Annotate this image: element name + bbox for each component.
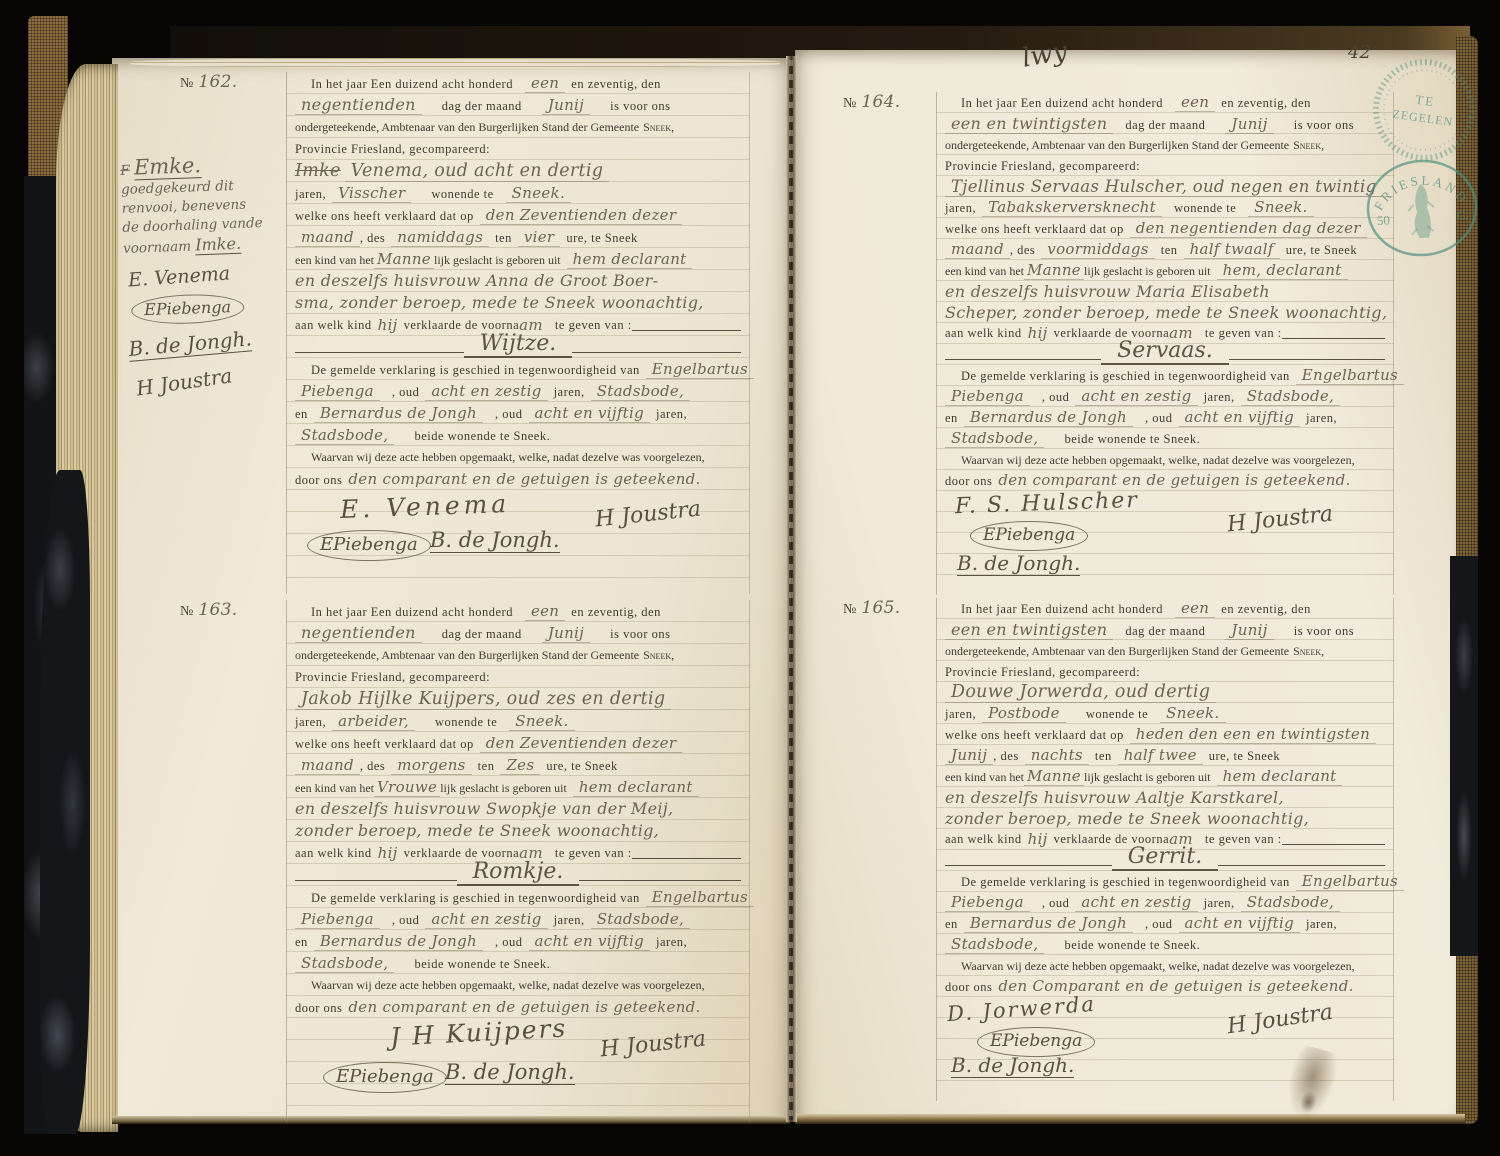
form-line-year: In het jaar Een duizend acht honderdeene… bbox=[295, 600, 741, 622]
printed-text: een kind van het bbox=[295, 253, 374, 267]
field-occupation: Tabakskerversknecht bbox=[982, 198, 1162, 217]
printed-text: en bbox=[295, 935, 308, 949]
signature-witness2: B. de Jongh. bbox=[957, 551, 1080, 576]
form-line-declarant: Tjellinus Servaas Hulscher, oud negen en… bbox=[945, 176, 1385, 197]
printed-text: De gemelde verklaring is geschied in teg… bbox=[311, 363, 640, 377]
printed-text: ten bbox=[1095, 749, 1112, 763]
birth-record-164: In het jaar Een duizend acht honderdeene… bbox=[936, 92, 1394, 595]
record-number-value: 164. bbox=[861, 92, 900, 112]
form-line-official: ondergeteekende, Ambtenaar van den Burge… bbox=[295, 644, 741, 666]
field-month: Junij bbox=[1225, 621, 1273, 640]
printed-text: is voor ons bbox=[610, 627, 670, 641]
printed-text: is voor ons bbox=[1294, 624, 1354, 638]
printed-text: ondergeteekende, Ambtenaar van den Burge… bbox=[295, 120, 639, 134]
signature-declarant: E. Venema bbox=[340, 489, 511, 524]
field-month-word: maand bbox=[295, 228, 360, 247]
field-occupation: arbeider, bbox=[332, 712, 415, 731]
signature-witness2: B. de Jongh. bbox=[951, 1053, 1074, 1078]
field-witness2-name: Bernardus de Jongh bbox=[314, 932, 483, 951]
margin-text-line: voornaam Imke. bbox=[123, 232, 288, 259]
record-number-163: № 163. bbox=[180, 600, 237, 620]
form-line-year: In het jaar Een duizend acht honderdeene… bbox=[945, 598, 1385, 619]
printed-text: een kind van het bbox=[945, 264, 1024, 278]
printed-text: lijk geslacht is geboren uit bbox=[440, 781, 567, 795]
printed-text: jaren, bbox=[295, 187, 326, 201]
form-line-declaration: welke ons heeft verklaard dat opden nege… bbox=[945, 218, 1385, 239]
form-line-province: Provincie Friesland, gecompareerd: bbox=[295, 666, 741, 688]
field-witness2-age: acht en vijftig bbox=[529, 404, 651, 423]
field-pronoun: hij bbox=[1028, 323, 1048, 344]
printed-text: een kind van het bbox=[945, 770, 1024, 784]
field-year-word: een bbox=[1175, 93, 1215, 112]
stamp-text-c: C. bbox=[1456, 207, 1469, 223]
printed-text: Provincie Friesland, gecompareerd: bbox=[945, 159, 1140, 173]
signature-official: H Joustra bbox=[594, 497, 702, 533]
form-line-declarant: Douwe Jorwerda, oud dertig bbox=[945, 682, 1385, 703]
field-hour: half twee bbox=[1118, 746, 1203, 765]
printed-text: jaren, bbox=[1306, 411, 1337, 425]
printed-text-gemeente: Sneek, bbox=[1293, 644, 1324, 658]
witness-line4: Stadsbode,beide wonende te Sneek. bbox=[945, 934, 1385, 955]
printed-text: jaren, bbox=[945, 707, 976, 721]
blank-rule bbox=[632, 330, 741, 331]
printed-text: beide wonende te Sneek. bbox=[414, 429, 550, 443]
numero-sign: № bbox=[843, 602, 857, 617]
printed-text: en zeventig, den bbox=[1221, 602, 1311, 616]
field-daypart: namiddags bbox=[391, 228, 489, 247]
printed-text: door ons bbox=[945, 980, 992, 994]
child-name-line: Servaas. bbox=[945, 344, 1385, 365]
form-line-province: Provincie Friesland, gecompareerd: bbox=[945, 661, 1385, 682]
field-hour: vier bbox=[518, 228, 561, 247]
blank-rule bbox=[1282, 338, 1385, 339]
witness-line1: De gemelde verklaring is geschied in teg… bbox=[295, 886, 741, 908]
witness-line2: Piebenga, oudacht en zestigjaren,Stadsbo… bbox=[295, 380, 741, 402]
signature-witness1: EPiebenga bbox=[970, 521, 1088, 551]
field-declarant: Douwe Jorwerda, oud dertig bbox=[945, 682, 1216, 703]
printed-text: welke ons heeft verklaard dat op bbox=[945, 222, 1124, 236]
form-line-occupation: jaren,Visscherwonende teSneek. bbox=[295, 182, 741, 204]
printed-text: De gemelde verklaring is geschied in teg… bbox=[961, 369, 1290, 383]
field-witness2-name: Bernardus de Jongh bbox=[964, 914, 1133, 933]
field-birth-date: den Zeventienden dezer bbox=[480, 206, 683, 225]
field-sex: Manne bbox=[1024, 261, 1084, 280]
printed-text: , des bbox=[993, 749, 1018, 763]
printed-text: beide wonende te Sneek. bbox=[414, 957, 550, 971]
printed-text: Provincie Friesland, gecompareerd: bbox=[295, 142, 490, 156]
field-residence: Sneek. bbox=[1248, 198, 1313, 217]
blank-rule bbox=[1218, 865, 1385, 866]
form-line-child-sex: een kind van hetMannelijk geslacht is ge… bbox=[945, 766, 1385, 787]
printed-text: aan welk kind bbox=[945, 829, 1022, 850]
printed-text: en zeventig, den bbox=[571, 605, 661, 619]
field-born-from: hem declarant bbox=[1217, 767, 1343, 786]
signature-declarant: F. S. Hulscher bbox=[955, 488, 1140, 519]
blank-rule bbox=[632, 858, 741, 859]
margin-old-name: Imke. bbox=[195, 234, 241, 256]
field-month: Junij bbox=[1225, 115, 1273, 134]
field-day: een en twintigsten bbox=[945, 620, 1113, 640]
form-line-child-sex: een kind van hetVrouwelijk geslacht is g… bbox=[295, 776, 741, 798]
blank-rule bbox=[579, 880, 741, 881]
printed-text: jaren, bbox=[295, 715, 326, 729]
closing-line1: Waarvan wij deze acte hebben opgemaakt, … bbox=[945, 449, 1385, 470]
witness-line3: enBernardus de Jongh, oudacht en vijftig… bbox=[295, 930, 741, 952]
form-line-declaration: welke ons heeft verklaard dat opheden de… bbox=[945, 724, 1385, 745]
witness-line4: Stadsbode,beide wonende te Sneek. bbox=[295, 424, 741, 446]
field-daypart: voormiddags bbox=[1041, 240, 1154, 259]
record-number-162: № 162. bbox=[180, 72, 237, 92]
field-witness1-occupation: Stadsbode, bbox=[591, 382, 690, 401]
witness-line1: De gemelde verklaring is geschied in teg… bbox=[945, 871, 1385, 892]
margin-signature-declarant: E. Venema bbox=[127, 258, 288, 291]
printed-text: dag der maand bbox=[442, 99, 522, 113]
printed-text: welke ons heeft verklaard dat op bbox=[295, 737, 474, 751]
form-line-mother2: Scheper, zonder beroep, mede te Sneek wo… bbox=[945, 302, 1385, 323]
field-witness1-last: Piebenga bbox=[945, 387, 1030, 406]
witness-line2: Piebenga, oudacht en zestigjaren,Stadsbo… bbox=[945, 386, 1385, 407]
printed-text: De gemelde verklaring is geschied in teg… bbox=[311, 891, 640, 905]
field-daypart: morgens bbox=[391, 756, 471, 775]
field-month-word: Junij bbox=[945, 746, 993, 765]
printed-text: De gemelde verklaring is geschied in teg… bbox=[961, 875, 1290, 889]
field-witness2-occupation: Stadsbode, bbox=[295, 954, 394, 973]
printed-text: Provincie Friesland, gecompareerd: bbox=[295, 670, 490, 684]
printed-text: en bbox=[945, 411, 958, 425]
printed-text: wonende te bbox=[431, 187, 493, 201]
field-witness2-occupation: Stadsbode, bbox=[945, 935, 1044, 954]
printed-text: In het jaar Een duizend acht honderd bbox=[311, 77, 513, 91]
record-number-value: 163. bbox=[198, 600, 237, 620]
field-witness1-last: Piebenga bbox=[945, 893, 1030, 912]
printed-text: lijk geslacht is geboren uit bbox=[1084, 264, 1211, 278]
field-pronoun: hij bbox=[378, 314, 398, 336]
field-born-from: hem declarant bbox=[573, 778, 699, 797]
record-number-value: 162. bbox=[198, 72, 237, 92]
printed-text: Waarvan wij deze acte hebben opgemaakt, … bbox=[311, 450, 705, 464]
field-witness1-occupation: Stadsbode, bbox=[591, 910, 690, 929]
record-number-164: № 164. bbox=[843, 92, 900, 112]
printed-text: , oud bbox=[1145, 917, 1173, 931]
child-name: Wijtze. bbox=[464, 332, 573, 358]
form-line-time: maand, desmorgenstenZesure, te Sneek bbox=[295, 754, 741, 776]
stamp-text-te: TE bbox=[1414, 92, 1436, 110]
field-witness1-first: Engelbartus bbox=[1296, 872, 1404, 891]
signature-block-164: F. S. Hulscher H Joustra EPiebenga B. de… bbox=[945, 491, 1385, 595]
printed-text: lijk geslacht is geboren uit bbox=[1084, 770, 1211, 784]
witness-line4: Stadsbode,beide wonende te Sneek. bbox=[295, 952, 741, 974]
margin-text: voornaam bbox=[123, 239, 191, 257]
child-name: Romkje. bbox=[457, 860, 580, 886]
margin-corrected-name: Emke. bbox=[134, 153, 202, 180]
closing-line2: door onsden comparant en de getuigen is … bbox=[295, 468, 741, 490]
form-line-province: Provincie Friesland, gecompareerd: bbox=[945, 155, 1385, 176]
form-line-mother2: zonder beroep, mede te Sneek woonachtig, bbox=[945, 808, 1385, 829]
field-hour: Zes bbox=[500, 756, 540, 775]
field-witness2-occupation: Stadsbode, bbox=[945, 429, 1044, 448]
form-line-occupation: jaren,arbeider,wonende teSneek. bbox=[295, 710, 741, 732]
printed-text: ten bbox=[478, 759, 495, 773]
signature-witness2: B. de Jongh. bbox=[445, 1060, 575, 1085]
form-line-official: ondergeteekende, Ambtenaar van den Burge… bbox=[945, 134, 1385, 155]
stamp-text-50: 50 bbox=[1376, 212, 1390, 228]
form-line-mother2: sma, zonder beroep, mede te Sneek woonac… bbox=[295, 292, 741, 314]
form-line-time: maand, desvoormiddagstenhalf twaalfure, … bbox=[945, 239, 1385, 260]
printed-text: ure, te Sneek bbox=[1286, 243, 1357, 257]
printed-text-gemeente: Sneek, bbox=[643, 648, 674, 662]
field-born-from: hem declarant bbox=[567, 250, 693, 269]
child-name-line: Wijtze. bbox=[295, 336, 741, 358]
signature-block-163: J H Kuijpers H Joustra EPiebenga B. de J… bbox=[295, 1018, 741, 1122]
printed-text: Waarvan wij deze acte hebben opgemaakt, … bbox=[961, 959, 1355, 973]
form-line-mother1: en deszelfs huisvrouw Anna de Groot Boer… bbox=[295, 270, 741, 292]
closing-line1: Waarvan wij deze acte hebben opgemaakt, … bbox=[295, 446, 741, 468]
field-signed-clause: den comparant en de getuigen is geteeken… bbox=[998, 471, 1350, 489]
field-mother-line2: Scheper, zonder beroep, mede te Sneek wo… bbox=[945, 303, 1387, 322]
printed-text: ondergeteekende, Ambtenaar van den Burge… bbox=[945, 644, 1289, 658]
printed-text: In het jaar Een duizend acht honderd bbox=[311, 605, 513, 619]
field-born-from: hem, declarant bbox=[1217, 261, 1348, 280]
field-signed-clause: den comparant en de getuigen is geteeken… bbox=[348, 998, 700, 1016]
margin-annotation-162: F Emke. goedgekeurd dit renvooi, beneven… bbox=[120, 153, 292, 393]
printed-text: wonende te bbox=[1174, 201, 1236, 215]
witness-line3: enBernardus de Jongh, oudacht en vijftig… bbox=[295, 402, 741, 424]
blank-rule bbox=[1282, 844, 1385, 845]
printed-text: ten bbox=[1161, 243, 1178, 257]
form-line-official: ondergeteekende, Ambtenaar van den Burge… bbox=[945, 640, 1385, 661]
field-daypart: nachts bbox=[1025, 746, 1089, 765]
child-name-line: Romkje. bbox=[295, 864, 741, 886]
printed-text: en bbox=[945, 917, 958, 931]
form-line-province: Provincie Friesland, gecompareerd: bbox=[295, 138, 741, 160]
birth-record-162: In het jaar Een duizend acht honderdeene… bbox=[286, 72, 750, 594]
field-day: negentienden bbox=[295, 623, 422, 643]
form-line-occupation: jaren,Postbodewonende teSneek. bbox=[945, 703, 1385, 724]
printed-text: , oud bbox=[495, 935, 523, 949]
field-month: Junij bbox=[542, 624, 590, 643]
closing-line1: Waarvan wij deze acte hebben opgemaakt, … bbox=[295, 974, 741, 996]
field-occupation: Visscher bbox=[332, 184, 411, 203]
field-signed-clause: den Comparant en de getuigen is geteeken… bbox=[998, 977, 1353, 995]
field-pronoun: hij bbox=[1028, 829, 1048, 850]
field-witness1-last: Piebenga bbox=[295, 382, 380, 401]
printed-text: en zeventig, den bbox=[571, 77, 661, 91]
field-sex: Manne bbox=[1024, 767, 1084, 786]
signature-declarant: J H Kuijpers bbox=[389, 1013, 568, 1051]
form-line-child-sex: een kind van hetMannelijk geslacht is ge… bbox=[295, 248, 741, 270]
field-witness1-age: acht en zestig bbox=[1075, 387, 1197, 406]
record-number-value: 165. bbox=[861, 598, 900, 618]
field-declarant: Tjellinus Servaas Hulscher, oud negen en… bbox=[945, 177, 1382, 197]
printed-text: en zeventig, den bbox=[1221, 96, 1311, 110]
closing-line1: Waarvan wij deze acte hebben opgemaakt, … bbox=[945, 955, 1385, 976]
blank-rule bbox=[1229, 359, 1385, 360]
form-line-mother1: en deszelfs huisvrouw Swopkje van der Me… bbox=[295, 798, 741, 820]
printed-text: jaren, bbox=[945, 201, 976, 215]
field-witness1-first: Engelbartus bbox=[646, 360, 754, 379]
form-line-year: In het jaar Een duizend acht honderdeene… bbox=[945, 92, 1385, 113]
field-sex: Vrouwe bbox=[374, 778, 440, 797]
form-line-time: maand, desnamiddagstenvierure, te Sneek bbox=[295, 226, 741, 248]
margin-signature-witness1: EPiebenga bbox=[131, 293, 245, 326]
witness-line4: Stadsbode,beide wonende te Sneek. bbox=[945, 428, 1385, 449]
blank-rule bbox=[295, 880, 457, 881]
field-declarant: Jakob Hijlke Kuijpers, oud zes en dertig bbox=[295, 689, 671, 710]
margin-prefix: F bbox=[120, 163, 130, 179]
field-residence: Sneek. bbox=[506, 184, 571, 203]
record-number-165: № 165. bbox=[843, 598, 900, 618]
field-witness2-age: acht en vijftig bbox=[529, 932, 651, 951]
printed-text: , oud bbox=[495, 407, 523, 421]
field-mother-line1: en deszelfs huisvrouw Anna de Groot Boer… bbox=[295, 271, 658, 290]
printed-text: ten bbox=[495, 231, 512, 245]
child-name: Gerrit. bbox=[1112, 845, 1219, 871]
form-line-year: In het jaar Een duizend acht honderdeene… bbox=[295, 72, 741, 94]
form-line-mother2: zonder beroep, mede te Sneek woonachtig, bbox=[295, 820, 741, 842]
printed-text: wonende te bbox=[435, 715, 497, 729]
field-day: een en twintigsten bbox=[945, 114, 1113, 134]
printed-text: een kind van het bbox=[295, 781, 374, 795]
field-pronoun: hij bbox=[378, 842, 398, 864]
field-witness2-occupation: Stadsbode, bbox=[295, 426, 394, 445]
printed-text: , oud bbox=[1042, 896, 1070, 910]
printed-text: welke ons heeft verklaard dat op bbox=[295, 209, 474, 223]
marbled-cover-right bbox=[1450, 556, 1478, 956]
field-witness1-first: Engelbartus bbox=[1296, 366, 1404, 385]
form-line-day: een en twintigstendag der maandJunijis v… bbox=[945, 619, 1385, 640]
signature-witness1: EPiebenga bbox=[307, 530, 431, 561]
field-witness1-age: acht en zestig bbox=[425, 910, 547, 929]
numero-sign: № bbox=[180, 604, 194, 619]
revenue-stamp: TE ZEGELEN bbox=[1365, 51, 1482, 168]
field-sex: Manne bbox=[374, 250, 434, 269]
printed-text: , oud bbox=[1042, 390, 1070, 404]
printed-text: is voor ons bbox=[610, 99, 670, 113]
closing-line2: door onsden comparant en de getuigen is … bbox=[295, 996, 741, 1018]
printed-text: , oud bbox=[392, 385, 420, 399]
form-line-day: negentiendendag der maandJunijis voor on… bbox=[295, 622, 741, 644]
printed-text: dag der maand bbox=[1125, 118, 1205, 132]
form-line-child-sex: een kind van hetMannelijk geslacht is ge… bbox=[945, 260, 1385, 281]
signature-official: H Joustra bbox=[1226, 502, 1334, 538]
signature-declarant: D. Jorwerda bbox=[946, 992, 1096, 1026]
field-year-word: een bbox=[1175, 599, 1215, 618]
signature-witness2: B. de Jongh. bbox=[430, 528, 560, 553]
printed-text: door ons bbox=[295, 473, 342, 487]
field-birth-date: den Zeventienden dezer bbox=[480, 734, 683, 753]
signature-official: H Joustra bbox=[1226, 1000, 1335, 1040]
printed-text: , oud bbox=[1145, 411, 1173, 425]
printed-text: jaren, bbox=[554, 385, 585, 399]
closing-line2: door onsden Comparant en de getuigen is … bbox=[945, 976, 1385, 997]
field-month-word: maand bbox=[295, 756, 360, 775]
printed-text: aan welk kind bbox=[295, 842, 372, 864]
field-witness1-occupation: Stadsbode, bbox=[1241, 893, 1340, 912]
field-month: Junij bbox=[542, 96, 590, 115]
printed-text: Waarvan wij deze acte hebben opgemaakt, … bbox=[311, 978, 705, 992]
form-line-day: negentiendendag der maandJunijis voor on… bbox=[295, 94, 741, 116]
witness-line2: Piebenga, oudacht en zestigjaren,Stadsbo… bbox=[945, 892, 1385, 913]
printed-text: ure, te Sneek bbox=[566, 231, 637, 245]
witness-line2: Piebenga, oudacht en zestigjaren,Stadsbo… bbox=[295, 908, 741, 930]
field-witness1-first: Engelbartus bbox=[646, 888, 754, 907]
witness-line1: De gemelde verklaring is geschied in teg… bbox=[295, 358, 741, 380]
form-line-declarant: Imke Venema, oud acht en dertig bbox=[295, 160, 741, 182]
printed-text: door ons bbox=[295, 1001, 342, 1015]
blank-rule bbox=[572, 352, 741, 353]
printed-text: In het jaar Een duizend acht honderd bbox=[961, 602, 1163, 616]
closing-line2: door onsden comparant en de getuigen is … bbox=[945, 470, 1385, 491]
printed-text: jaren, bbox=[1204, 896, 1235, 910]
field-witness2-name: Bernardus de Jongh bbox=[314, 404, 483, 423]
printed-text: jaren, bbox=[1204, 390, 1235, 404]
witness-line3: enBernardus de Jongh, oudacht en vijftig… bbox=[945, 407, 1385, 428]
printed-text: en bbox=[295, 407, 308, 421]
printed-text: ondergeteekende, Ambtenaar van den Burge… bbox=[295, 648, 639, 662]
printed-text: ondergeteekende, Ambtenaar van den Burge… bbox=[945, 138, 1289, 152]
form-line-occupation: jaren,Tabakskerversknechtwonende teSneek… bbox=[945, 197, 1385, 218]
margin-signature-witness2: B. de Jongh. bbox=[128, 326, 253, 362]
field-signed-clause: den comparant en de getuigen is geteeken… bbox=[348, 470, 700, 488]
field-occupation: Postbode bbox=[982, 704, 1066, 723]
field-birth-date: den negentienden dag dezer bbox=[1130, 219, 1367, 238]
printed-text: ure, te Sneek bbox=[1209, 749, 1280, 763]
printed-text: jaren, bbox=[656, 935, 687, 949]
signature-official: H Joustra bbox=[599, 1027, 707, 1063]
form-line-time: Junij, desnachtstenhalf tweeure, te Snee… bbox=[945, 745, 1385, 766]
printed-text: beide wonende te Sneek. bbox=[1064, 432, 1200, 446]
printed-text: lijk geslacht is geboren uit bbox=[434, 253, 561, 267]
printed-text: jaren, bbox=[554, 913, 585, 927]
field-mother-line2: zonder beroep, mede te Sneek woonachtig, bbox=[945, 809, 1309, 828]
printed-text: beide wonende te Sneek. bbox=[1064, 938, 1200, 952]
witness-line1: De gemelde verklaring is geschied in teg… bbox=[945, 365, 1385, 386]
field-hour: half twaalf bbox=[1184, 240, 1280, 259]
printed-text: is voor ons bbox=[1294, 118, 1354, 132]
field-declarant-struck: Imke bbox=[295, 161, 341, 181]
field-witness2-age: acht en vijftig bbox=[1179, 914, 1301, 933]
printed-text: , des bbox=[1010, 243, 1035, 257]
field-mother-line1: en deszelfs huisvrouw Maria Elisabeth bbox=[945, 282, 1270, 301]
field-witness2-name: Bernardus de Jongh bbox=[964, 408, 1133, 427]
printed-text: jaren, bbox=[1306, 917, 1337, 931]
field-mother-line2: zonder beroep, mede te Sneek woonachtig, bbox=[295, 821, 659, 840]
field-witness1-occupation: Stadsbode, bbox=[1241, 387, 1340, 406]
form-line-declaration: welke ons heeft verklaard dat opden Zeve… bbox=[295, 204, 741, 226]
field-year-word: een bbox=[525, 602, 565, 621]
birth-record-165: In het jaar Een duizend acht honderdeene… bbox=[936, 598, 1394, 1101]
blank-rule bbox=[945, 359, 1101, 360]
numero-sign: № bbox=[843, 96, 857, 111]
form-line-day: een en twintigstendag der maandJunijis v… bbox=[945, 113, 1385, 134]
printed-text: Provincie Friesland, gecompareerd: bbox=[945, 665, 1140, 679]
printed-text: ure, te Sneek bbox=[546, 759, 617, 773]
field-month-word: maand bbox=[945, 240, 1010, 259]
child-name-line: Gerrit. bbox=[945, 850, 1385, 871]
binding-stitches bbox=[789, 60, 793, 1120]
signature-block-162: E. Venema H Joustra EPiebenga B. de Jong… bbox=[295, 490, 741, 594]
field-witness2-age: acht en vijftig bbox=[1179, 408, 1301, 427]
field-declarant: Venema, oud acht en dertig bbox=[345, 161, 610, 182]
page-top-edges bbox=[130, 58, 780, 68]
printed-text: , oud bbox=[392, 913, 420, 927]
stamp-text-zegelen: ZEGELEN bbox=[1392, 107, 1454, 129]
field-year-word: een bbox=[525, 74, 565, 93]
child-name: Servaas. bbox=[1101, 339, 1229, 365]
field-day: negentienden bbox=[295, 95, 422, 115]
printed-text-gemeente: Sneek, bbox=[643, 120, 674, 134]
printed-text: aan welk kind bbox=[295, 314, 372, 336]
